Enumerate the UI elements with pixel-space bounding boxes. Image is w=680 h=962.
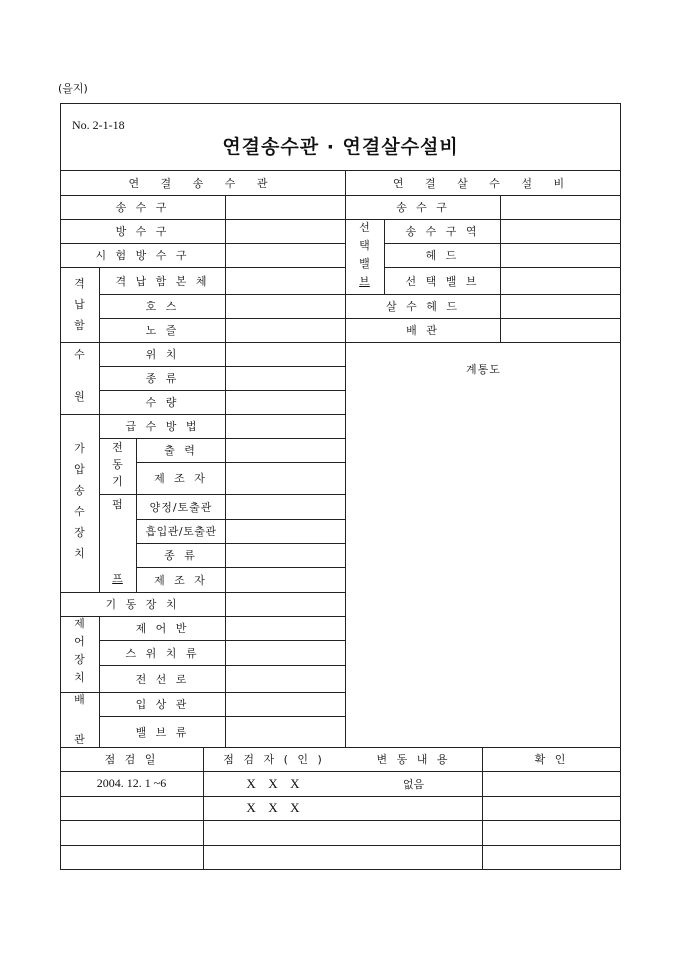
label-supply-method: 급 수 방 법: [100, 414, 225, 438]
system-diagram-area[interactable]: [346, 343, 621, 747]
table-cell-changes[interactable]: [345, 796, 482, 820]
table-cell-changes[interactable]: [345, 820, 482, 845]
attachment-label: (을지): [58, 80, 88, 96]
label-songsugu: 송 수 구: [60, 195, 225, 219]
value-pump-maker[interactable]: [226, 568, 345, 592]
right-label-songsugu-area: 송 수 구 역: [385, 219, 500, 243]
value-nozzle[interactable]: [226, 319, 345, 342]
value-supply-method[interactable]: [226, 415, 345, 438]
header-changes: 변 동 내 용: [345, 747, 482, 771]
value-cabinet-body[interactable]: [226, 268, 345, 294]
table-cell-confirm[interactable]: [482, 820, 621, 845]
table-cell-date[interactable]: 2004. 12. 1 ~6: [60, 771, 203, 796]
label-output: 출 력: [137, 438, 225, 462]
value-test-outlet[interactable]: [226, 244, 345, 267]
value-kind[interactable]: [226, 367, 345, 390]
table-cell-inspector[interactable]: X X X: [203, 771, 345, 796]
value-wiring[interactable]: [226, 666, 345, 692]
label-suction-discharge: 흡입관/토출관: [137, 519, 225, 543]
group-label-selector-valve: 선 택 밸 브: [345, 222, 384, 290]
group-label-water-source: 수 원: [60, 349, 99, 405]
group-label-piping: 배 관: [60, 694, 99, 748]
value-riser[interactable]: [226, 693, 345, 716]
table-cell-inspector[interactable]: [203, 820, 345, 845]
table-cell-date[interactable]: [60, 796, 203, 820]
left-section-header: 연 결 송 수 관: [60, 170, 345, 195]
right-label-piping: 배 관: [346, 318, 500, 342]
table-cell-changes[interactable]: 없음: [345, 771, 482, 796]
label-cabinet-body: 격 납 함 본 체: [100, 267, 225, 294]
diagram-label: 계통도: [346, 361, 621, 377]
header-inspector: 점 검 자 ( 인 ): [203, 747, 345, 771]
label-amount: 수 량: [100, 390, 225, 414]
right-label-sprinkler-head: 살 수 헤 드: [346, 294, 500, 318]
right-label-songsugu: 송 수 구: [346, 195, 500, 219]
label-location: 위 치: [100, 342, 225, 366]
value-control-panel[interactable]: [226, 617, 345, 640]
right-section-header: 연 결 살 수 설 비: [345, 170, 621, 195]
label-riser: 입 상 관: [100, 692, 225, 716]
right-label-selector-valve: 선 택 밸 브: [385, 267, 500, 294]
group-label-cabinet: 격 납 함: [60, 278, 99, 341]
label-hose: 호 스: [100, 294, 225, 318]
group-label-pump: 펌 프: [99, 499, 136, 587]
value-songsugu[interactable]: [226, 196, 345, 219]
value-switches[interactable]: [226, 641, 345, 665]
group-label-pressure-pump: 가 압 송 수 장 치: [60, 443, 99, 569]
table-cell-confirm[interactable]: [482, 845, 621, 869]
group-label-control: 제 어 장 치: [60, 618, 99, 690]
table-cell-inspector[interactable]: [203, 845, 345, 869]
right-value-songsugu-area[interactable]: [501, 220, 621, 243]
label-bangsugu: 방 수 구: [60, 219, 225, 243]
value-pump-kind[interactable]: [226, 544, 345, 567]
value-starter[interactable]: [226, 593, 345, 616]
label-starter: 기 동 장 치: [60, 592, 225, 616]
label-switches: 스 위 치 류: [100, 640, 225, 665]
label-test-outlet: 시 험 방 수 구: [60, 243, 225, 267]
page-title: 연결송수관 · 연결살수설비: [60, 132, 621, 159]
value-output[interactable]: [226, 439, 345, 462]
value-lift-discharge[interactable]: [226, 495, 345, 519]
table-cell-changes[interactable]: [345, 845, 482, 869]
right-value-sprinkler-head[interactable]: [501, 295, 621, 318]
table-cell-date[interactable]: [60, 845, 203, 869]
right-value-songsugu[interactable]: [501, 196, 621, 219]
value-suction-discharge[interactable]: [226, 520, 345, 543]
right-value-head[interactable]: [501, 244, 621, 267]
label-valves: 밸 브 류: [100, 716, 225, 747]
label-lift-discharge: 양정/토출관: [137, 494, 225, 519]
table-cell-confirm[interactable]: [482, 771, 621, 796]
table-cell-confirm[interactable]: [482, 796, 621, 820]
value-location[interactable]: [226, 343, 345, 366]
right-value-selector-valve[interactable]: [501, 268, 621, 294]
group-label-motor: 전 동 기: [99, 442, 136, 493]
right-value-piping[interactable]: [501, 319, 621, 342]
label-wiring: 전 선 로: [100, 665, 225, 692]
label-nozzle: 노 즐: [100, 318, 225, 342]
table-cell-inspector[interactable]: X X X: [203, 796, 345, 820]
value-hose[interactable]: [226, 295, 345, 318]
label-kind: 종 류: [100, 366, 225, 390]
header-confirm: 확 인: [482, 747, 621, 771]
label-pump-kind: 종 류: [137, 543, 225, 567]
label-motor-maker: 제 조 자: [137, 462, 225, 494]
value-valves[interactable]: [226, 717, 345, 747]
right-label-head: 헤 드: [385, 243, 500, 267]
header-inspection-date: 점 검 일: [60, 747, 203, 771]
table-cell-date[interactable]: [60, 820, 203, 845]
form-number: No. 2-1-18: [72, 118, 125, 133]
value-amount[interactable]: [226, 391, 345, 414]
label-control-panel: 제 어 반: [100, 616, 225, 640]
value-motor-maker[interactable]: [226, 463, 345, 494]
label-pump-maker: 제 조 자: [137, 567, 225, 592]
value-bangsugu[interactable]: [226, 220, 345, 243]
